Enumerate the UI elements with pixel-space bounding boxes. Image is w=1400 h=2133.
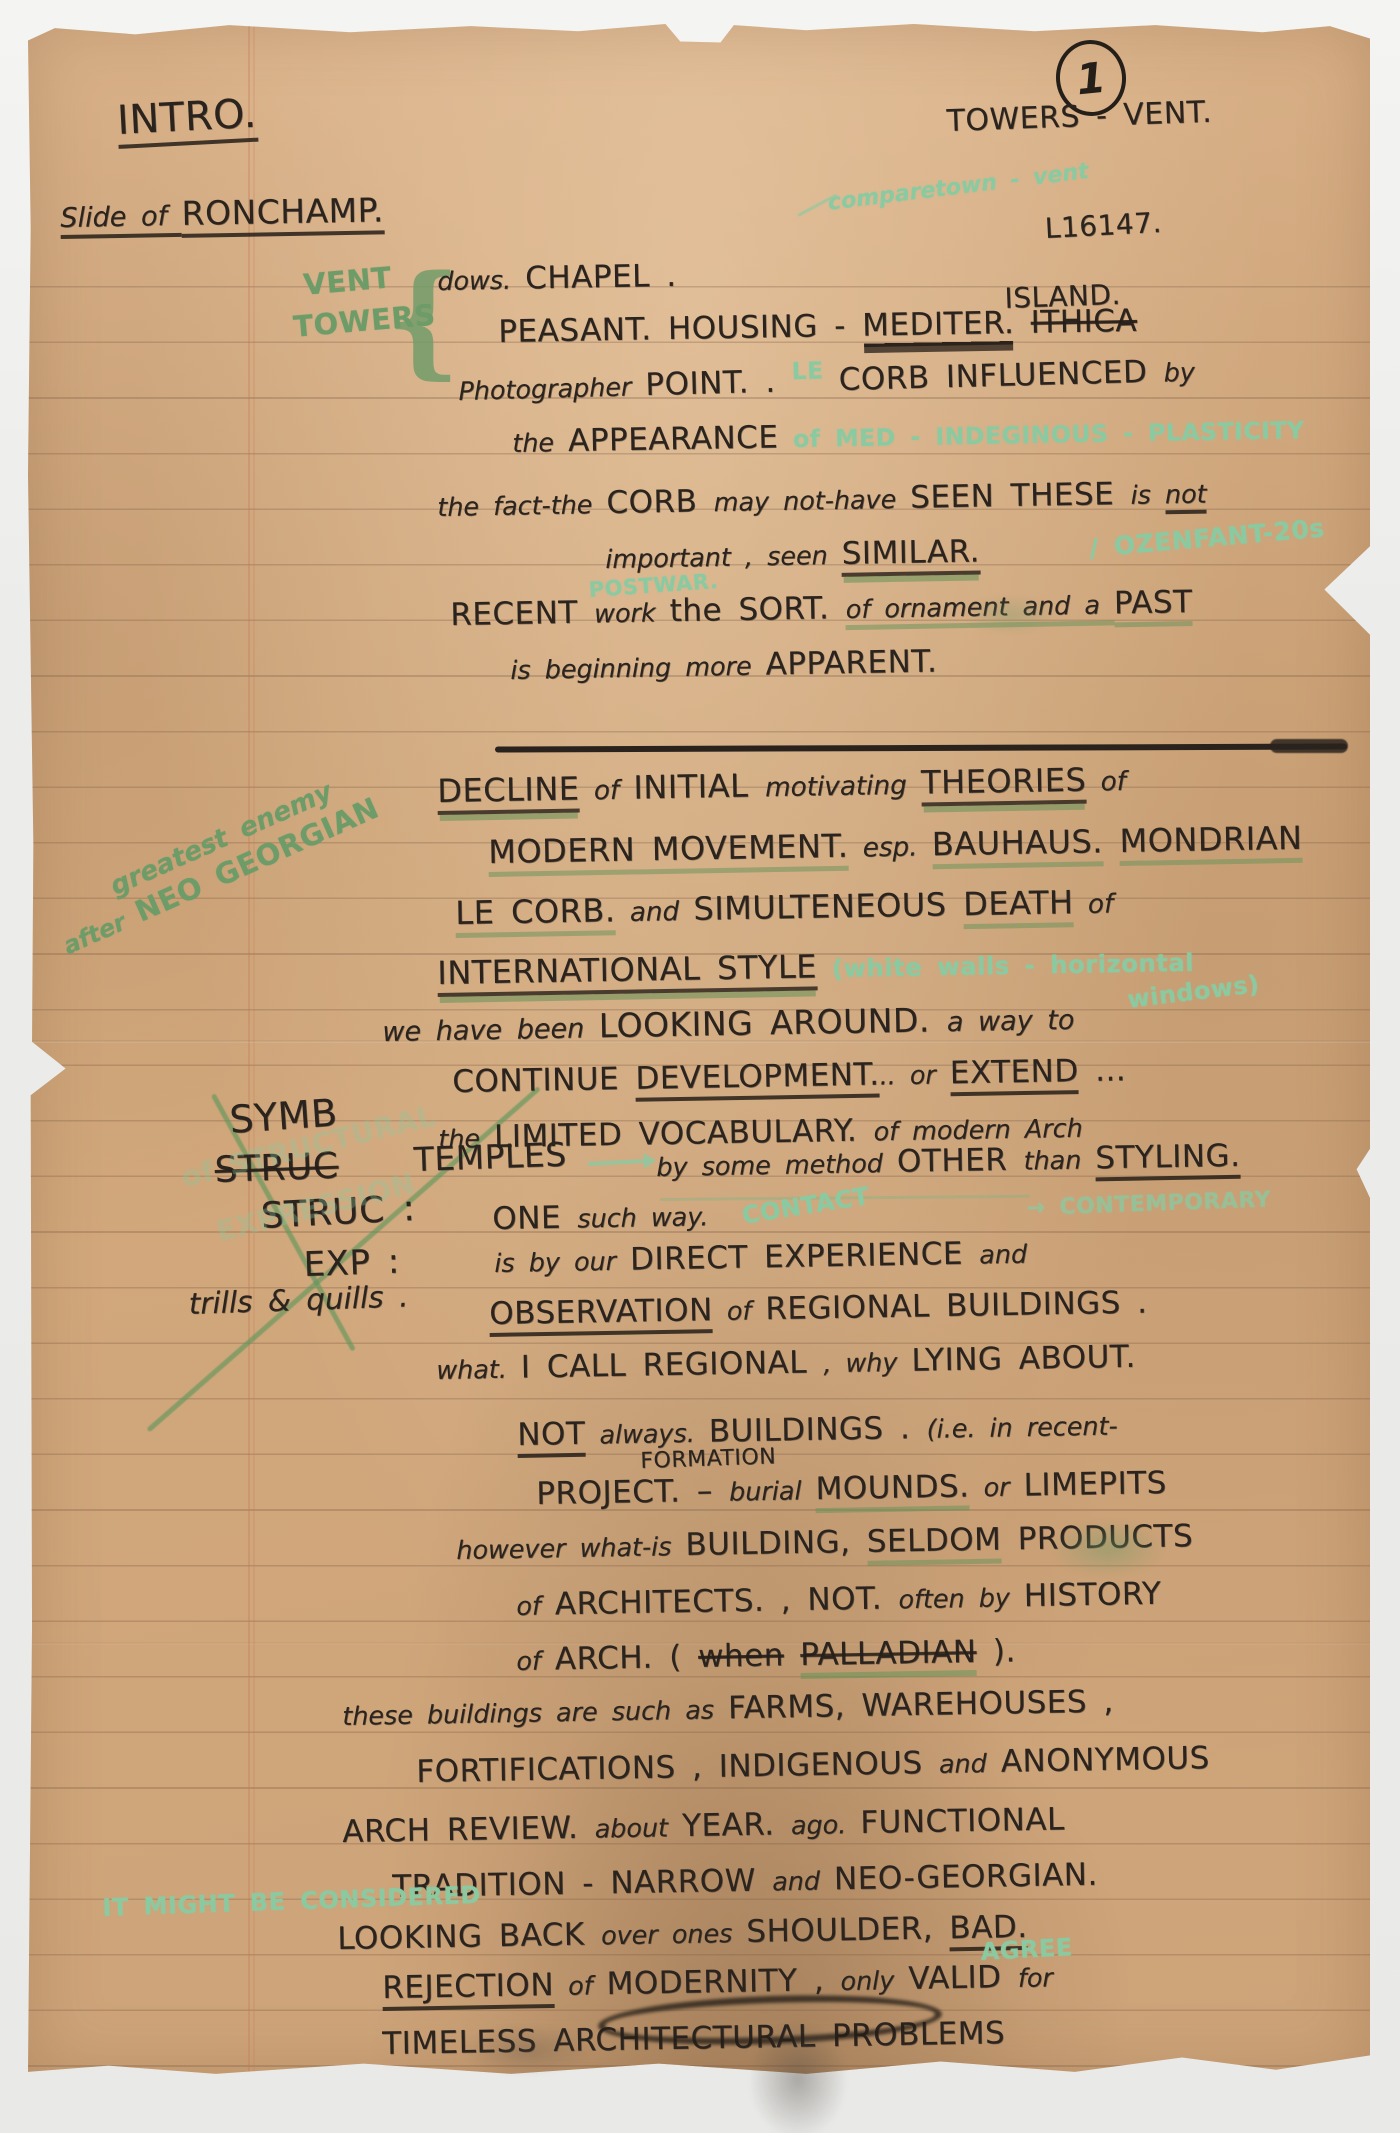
text-segment: L16147.: [1044, 206, 1163, 245]
text-segment: POINT. .: [645, 363, 793, 403]
text-segment: however what-is: [456, 1531, 686, 1565]
text-segment: BAUHAUS.: [931, 822, 1103, 869]
text-segment: RECENT: [450, 594, 594, 633]
text-segment: burial: [729, 1475, 816, 1507]
text-segment: is beginning more: [510, 651, 766, 685]
intro-title: INTRO.: [116, 91, 258, 144]
green-arrowhead-icon: [644, 1152, 657, 1169]
text-segment: dows.: [437, 264, 525, 296]
text-segment: ones: [672, 1918, 747, 1949]
formation-insert: FORMATION: [640, 1444, 777, 1474]
text-segment: important , seen: [605, 540, 842, 574]
text-segment: SEEN THESE: [910, 476, 1131, 516]
text-segment: and: [939, 1748, 1001, 1779]
text-segment: when: [698, 1637, 784, 1674]
text-segment: we have been: [382, 1013, 599, 1048]
text-segment: is: [1130, 479, 1165, 510]
text-segment: not: [1165, 479, 1207, 515]
text-segment: FARMS, WAREHOUSES ,: [728, 1684, 1114, 1727]
text-segment: often by: [898, 1582, 1024, 1614]
text-segment: of: [554, 1970, 607, 2001]
text-segment: of: [516, 1590, 555, 1621]
text-segment: LOOKING BACK: [337, 1916, 601, 1957]
text-segment: ARCHITECTS. , NOT.: [555, 1580, 899, 1622]
text-segment: ANONYMOUS: [1000, 1740, 1210, 1780]
text-segment: , why: [823, 1347, 912, 1379]
line-chapel: dows. CHAPEL .: [437, 258, 677, 298]
scanned-notes-page: { 1 INTRO.Slide of RONCHAMP.TOWERS - VEN…: [0, 0, 1400, 2133]
text-segment: than: [1023, 1144, 1095, 1175]
text-segment: THEORIES: [921, 761, 1087, 807]
text-segment: or: [969, 1471, 1024, 1502]
text-segment: and: [772, 1865, 834, 1896]
text-segment: YEAR.: [682, 1806, 791, 1844]
text-segment: PEASANT. HOUSING -: [498, 308, 863, 350]
text-segment: APPEARANCE: [568, 419, 779, 459]
text-segment: [784, 1637, 801, 1673]
text-segment: such way.: [577, 1201, 708, 1233]
text-segment: MONDRIAN: [1119, 819, 1303, 866]
text-segment: what.: [436, 1354, 521, 1385]
text-segment: (white walls - horizontal: [817, 948, 1195, 984]
text-segment: by: [1163, 357, 1195, 388]
margin-line-2: [253, 22, 255, 2078]
text-segment: SHOULDER,: [746, 1910, 950, 1950]
text-segment: (i.e. in recent-: [926, 1411, 1117, 1444]
text-segment: [1103, 822, 1120, 860]
text-segment: esp.: [848, 832, 932, 863]
text-segment: LOOKING AROUND.: [598, 1000, 947, 1045]
text-segment: the: [512, 427, 568, 458]
text-segment: the SORT.: [669, 590, 846, 629]
text-segment: NOT: [517, 1416, 586, 1458]
text-segment: about: [594, 1812, 682, 1844]
text-segment: I CALL REGIONAL: [521, 1344, 824, 1385]
text-segment: INITIAL: [633, 766, 765, 806]
text-segment: REJECTION: [382, 1967, 554, 2011]
text-segment: CHAPEL .: [525, 258, 677, 297]
text-segment: LE: [791, 356, 839, 385]
green-smudge: [965, 595, 1055, 635]
text-segment: always.: [585, 1418, 709, 1450]
line-one-such-way: ONE such way.: [492, 1197, 709, 1237]
text-segment: CORB: [606, 483, 714, 521]
text-segment: of: [1073, 890, 1113, 921]
text-segment: MOUNDS.: [815, 1468, 970, 1513]
ref-number: L16147.: [1044, 206, 1163, 245]
text-segment: of: [1086, 767, 1126, 798]
text-segment: REGIONAL BUILDINGS .: [765, 1285, 1148, 1328]
gray-smudge: [748, 2020, 848, 2133]
text-segment: DIRECT EXPERIENCE: [630, 1236, 980, 1278]
text-segment: PALLADIAN: [800, 1634, 977, 1679]
text-segment: and: [615, 897, 694, 928]
text-segment: by some method: [656, 1148, 897, 1182]
text-segment: motivating: [765, 771, 921, 804]
text-segment: VALID: [908, 1959, 1018, 1997]
text-segment: ARCH REVIEW.: [342, 1810, 595, 1850]
text-segment: TEMPLES: [413, 1135, 567, 1179]
text-segment: Slide of: [60, 201, 182, 239]
text-segment: LE CORB.: [455, 891, 616, 938]
section-divider-smudge: [1270, 739, 1348, 753]
text-segment: CONTINUE: [452, 1061, 636, 1100]
text-segment: DEVELOPMENT.: [635, 1057, 880, 1102]
margin-trills: trills & quills .: [188, 1274, 409, 1323]
line-palladian: of ARCH. ( when PALLADIAN ).: [516, 1633, 1016, 1678]
text-segment: PROJECT. –: [536, 1473, 729, 1512]
text-segment: ARCH. (: [555, 1639, 699, 1677]
text-segment: FUNCTIONAL: [860, 1801, 1065, 1841]
text-segment: of: [579, 776, 633, 807]
text-segment: STYLING.: [1095, 1138, 1241, 1182]
text-segment: work: [594, 597, 670, 628]
green-smudge: [1050, 1520, 1165, 1578]
text-segment: of: [516, 1645, 555, 1676]
text-segment: SELDOM: [866, 1521, 1001, 1565]
text-segment: ONE: [492, 1200, 578, 1237]
text-segment: only: [840, 1965, 908, 1996]
text-segment: ).: [976, 1633, 1016, 1670]
text-segment: [1014, 305, 1031, 341]
text-segment: LIMEPITS: [1023, 1465, 1167, 1503]
text-segment: RONCHAMP.: [181, 190, 384, 238]
text-segment: APPARENT.: [765, 644, 937, 683]
text-segment: INTERNATIONAL STYLE: [437, 947, 817, 997]
text-segment: HISTORY: [1024, 1576, 1162, 1614]
text-segment: the fact-the: [437, 489, 607, 522]
margin-temples: TEMPLES: [413, 1135, 567, 1179]
margin-line: [248, 22, 250, 2078]
text-segment: these buildings are such as: [342, 1694, 728, 1731]
text-segment: and: [979, 1239, 1027, 1270]
text-segment: BUILDING,: [685, 1524, 867, 1563]
text-segment: .. or: [879, 1059, 950, 1090]
text-segment: PAST: [1114, 584, 1193, 627]
text-segment: a way to: [947, 1005, 1075, 1038]
text-segment: over: [601, 1919, 672, 1950]
line-similar: important , seen SIMILAR.: [605, 533, 980, 576]
text-segment: for: [1018, 1962, 1053, 1993]
text-segment: EXTEND: [950, 1053, 1080, 1096]
text-segment: DECLINE: [437, 770, 580, 815]
text-segment: SIMILAR.: [841, 533, 980, 576]
text-segment: OBSERVATION: [489, 1292, 713, 1337]
text-segment: of: [712, 1295, 765, 1326]
gray-smudge: [462, 2024, 592, 2076]
text-segment: trills & quills .: [188, 1279, 409, 1321]
text-segment: Photographer: [458, 371, 646, 406]
text-segment: DEATH: [963, 883, 1074, 929]
text-segment: MEDITER.: [862, 305, 1015, 344]
text-segment: INTRO.: [116, 91, 258, 149]
text-segment: NEO-GEORGIAN.: [834, 1857, 1098, 1898]
text-segment: SIMULTENEOUS: [693, 885, 963, 928]
text-segment: LYING ABOUT.: [911, 1339, 1136, 1379]
slide-subtitle: Slide of RONCHAMP.: [60, 190, 384, 235]
text-segment: FORMATION: [640, 1444, 777, 1474]
page-number: 1: [1074, 52, 1108, 104]
text-segment: BUILDINGS .: [708, 1410, 926, 1450]
text-segment: ...: [1078, 1052, 1126, 1089]
line-apparent: is beginning more APPARENT.: [510, 644, 938, 687]
text-segment: MODERN MOVEMENT.: [488, 827, 849, 877]
text-segment: ITHICA: [1030, 303, 1137, 341]
text-segment: may not-have: [713, 484, 910, 517]
text-segment: is by our: [494, 1246, 630, 1278]
text-segment: OTHER: [897, 1142, 1024, 1180]
text-segment: ago.: [791, 1809, 861, 1840]
